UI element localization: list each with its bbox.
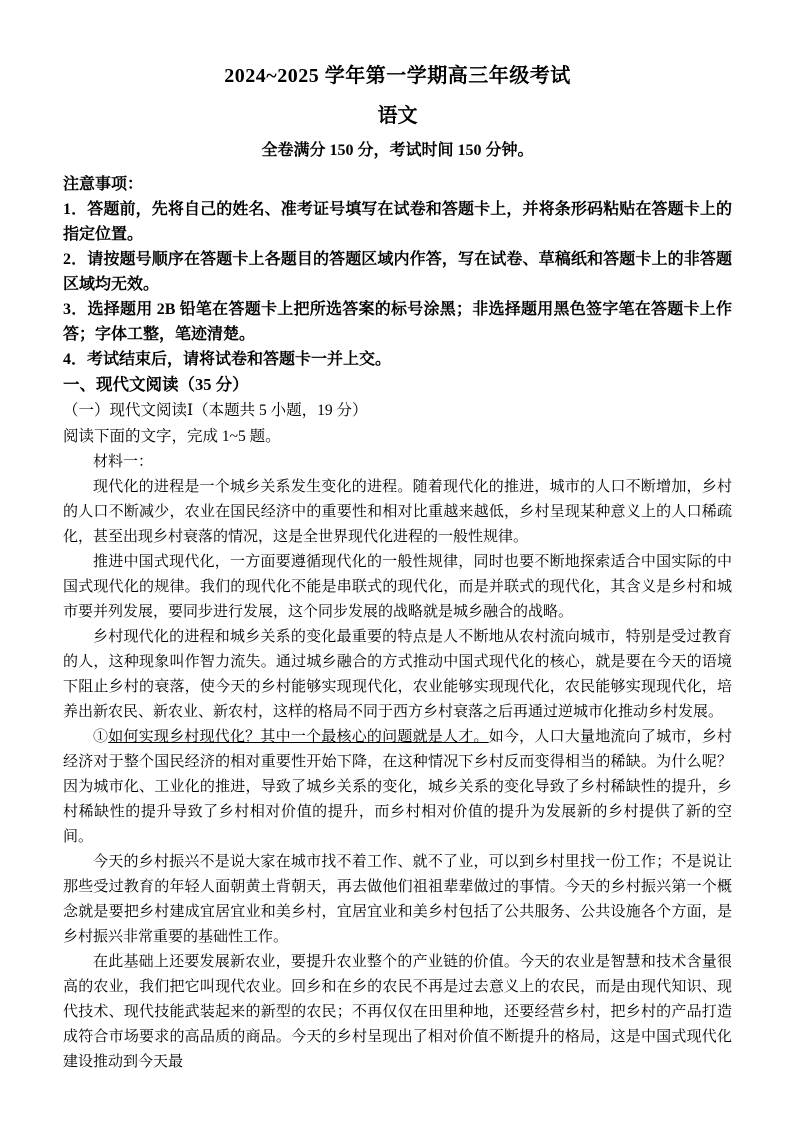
material-paragraph-5: 今天的乡村振兴不是说大家在城市找不着工作、就不了业，可以到乡村里找一份工作；不是… (63, 850, 732, 950)
subsection-heading: （一）现代文阅读Ⅰ（本题共 5 小题，19 分） (63, 398, 732, 424)
notice-block: 注意事项： 1．答题前，先将自己的姓名、准考证号填写在试卷和答题卡上，并将条形码… (63, 172, 732, 372)
notice-heading: 注意事项： (63, 172, 732, 197)
material-paragraph-1: 现代化的进程是一个城乡关系发生变化的进程。随着现代化的推进，城市的人口不断增加，… (63, 475, 732, 550)
subject-title: 语文 (63, 102, 732, 130)
material-paragraph-6: 在此基础上还要发展新农业，要提升农业整个的产业链的价值。今天的农业是智慧和技术含… (63, 950, 732, 1075)
page-title: 2024~2025 学年第一学期高三年级考试 (63, 62, 732, 90)
circled-number-marker: ① (93, 729, 108, 745)
reading-instruction: 阅读下面的文字，完成 1~5 题。 (63, 424, 732, 450)
underlined-sentence: 如何实现乡村现代化？其中一个最核心的问题就是人才。 (108, 729, 488, 745)
material-paragraph-2: 推进中国式现代化，一方面要遵循现代化的一般性规律，同时也要不断地探索适合中国实际… (63, 550, 732, 625)
material-paragraph-3: 乡村现代化的进程和城乡关系的变化最重要的特点是人不断地从农村流向城市，特别是受过… (63, 625, 732, 725)
section-heading: 一、现代文阅读（35 分） (63, 372, 732, 398)
notice-item-3: 3．选择题用 2B 铅笔在答题卡上把所选答案的标号涂黑；非选择题用黑色签字笔在答… (63, 297, 732, 347)
notice-item-4: 4．考试结束后，请将试卷和答题卡一并上交。 (63, 347, 732, 372)
notice-item-1: 1．答题前，先将自己的姓名、准考证号填写在试卷和答题卡上，并将条形码粘贴在答题卡… (63, 197, 732, 247)
material-one-label: 材料一： (63, 450, 732, 475)
exam-info-line: 全卷满分 150 分，考试时间 150 分钟。 (63, 140, 732, 162)
exam-paper-page: 2024~2025 学年第一学期高三年级考试 语文 全卷满分 150 分，考试时… (0, 0, 794, 1123)
notice-item-2: 2．请按题号顺序在答题卡上各题目的答题区域内作答，写在试卷、草稿纸和答题卡上的非… (63, 247, 732, 297)
material-paragraph-4: ①如何实现乡村现代化？其中一个最核心的问题就是人才。如今，人口大量地流向了城市，… (63, 725, 732, 850)
section-modern-text-reading: 一、现代文阅读（35 分） （一）现代文阅读Ⅰ（本题共 5 小题，19 分） 阅… (63, 372, 732, 1075)
paragraph-4-rest: 如今，人口大量地流向了城市，乡村经济对于整个国民经济的相对重要性开始下降，在这种… (63, 729, 732, 845)
